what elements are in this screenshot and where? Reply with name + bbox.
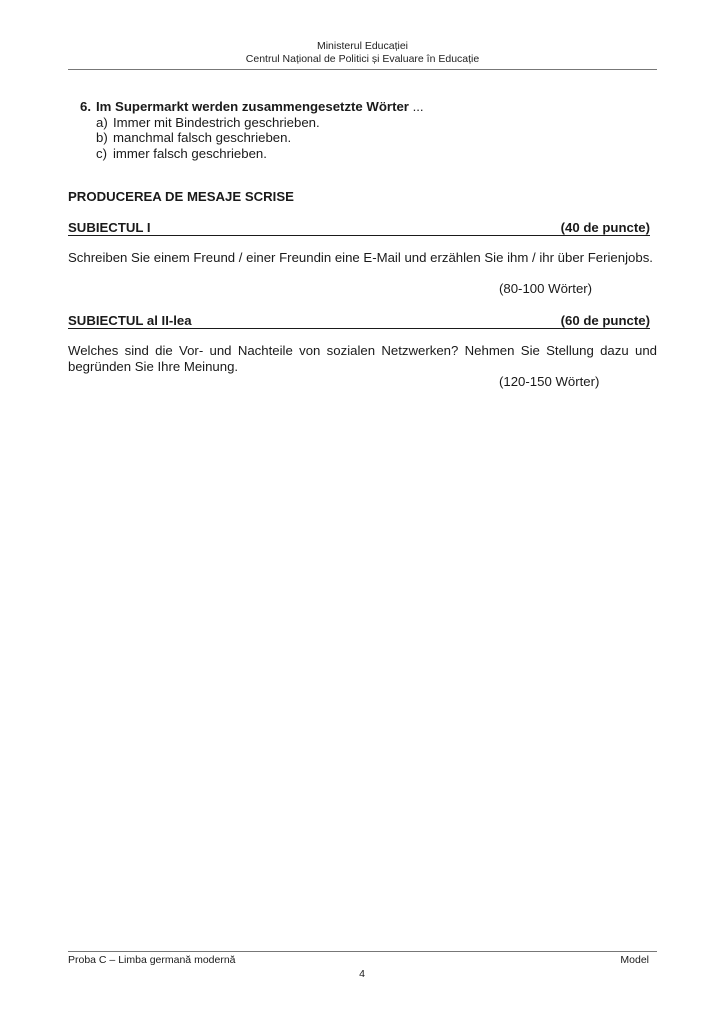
subject-1-word-count: (80-100 Wörter) <box>499 281 592 296</box>
option-letter: b) <box>96 130 113 146</box>
question-6: 6.Im Supermarkt werden zusammengesetzte … <box>80 99 424 161</box>
subject-title: SUBIECTUL al II-lea <box>68 313 192 328</box>
header-ministry: Ministerul Educației <box>68 40 657 53</box>
subject-2-heading: SUBIECTUL al II-lea (60 de puncte) <box>68 313 650 329</box>
question-number: 6. <box>80 99 96 115</box>
subject-1-heading: SUBIECTUL I (40 de puncte) <box>68 220 650 236</box>
question-text: Im Supermarkt werden zusammengesetzte Wö… <box>96 99 409 114</box>
document-page: Ministerul Educației Centrul Național de… <box>0 0 724 1024</box>
option-a: a)Immer mit Bindestrich geschrieben. <box>80 115 424 131</box>
page-number: 4 <box>0 968 724 980</box>
subject-points: (60 de puncte) <box>561 313 650 328</box>
subject-1-prompt: Schreiben Sie einem Freund / einer Freun… <box>68 250 657 266</box>
option-text: immer falsch geschrieben. <box>113 146 267 161</box>
subject-points: (40 de puncte) <box>561 220 650 235</box>
subject-2-word-count: (120-150 Wörter) <box>499 374 599 389</box>
option-c: c)immer falsch geschrieben. <box>80 146 424 162</box>
footer-model-label: Model <box>620 954 649 966</box>
section-title: PRODUCEREA DE MESAJE SCRISE <box>68 189 294 204</box>
option-text: Immer mit Bindestrich geschrieben. <box>113 115 320 130</box>
option-b: b)manchmal falsch geschrieben. <box>80 130 424 146</box>
footer-exam-name: Proba C – Limba germană modernă <box>68 954 236 966</box>
option-letter: a) <box>96 115 113 131</box>
question-stem: 6.Im Supermarkt werden zusammengesetzte … <box>80 99 424 115</box>
subject-2-prompt: Welches sind die Vor- und Nachteile von … <box>68 343 657 374</box>
header-center: Centrul Național de Politici și Evaluare… <box>68 53 657 66</box>
header-divider <box>68 69 657 70</box>
option-text: manchmal falsch geschrieben. <box>113 130 291 145</box>
page-header: Ministerul Educației Centrul Național de… <box>68 40 657 66</box>
question-ellipsis: ... <box>409 99 424 114</box>
footer-divider <box>68 951 657 952</box>
option-letter: c) <box>96 146 113 162</box>
subject-title: SUBIECTUL I <box>68 220 151 235</box>
